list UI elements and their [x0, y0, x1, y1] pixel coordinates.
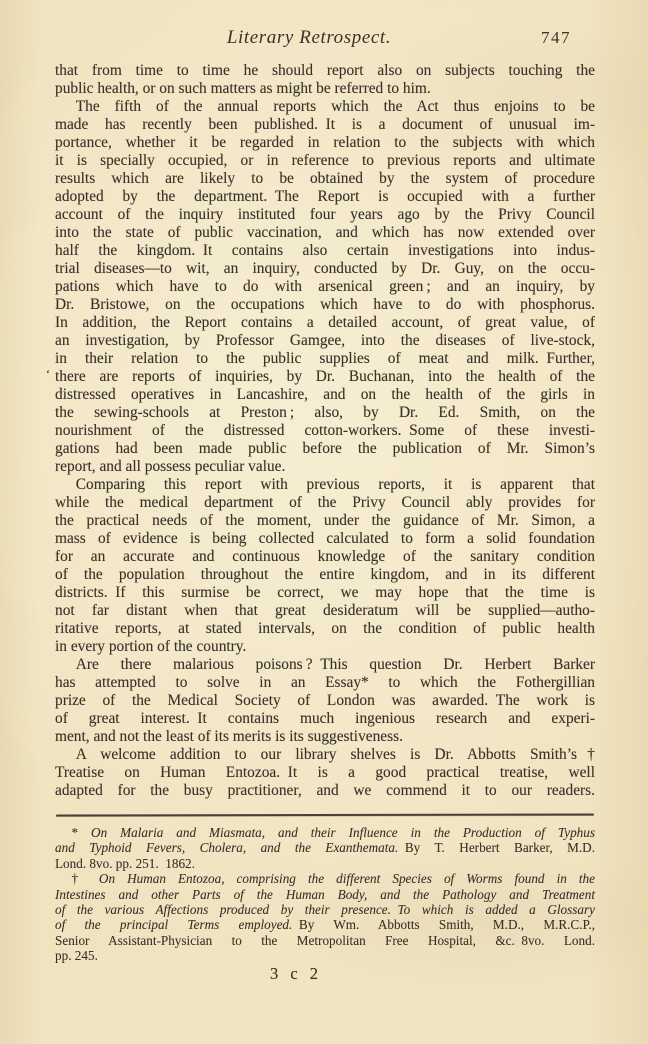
text-line: ‘there are reports of inquiries, by Dr. …: [55, 368, 595, 386]
text-line: has attempted to solve in an Essay* to w…: [55, 674, 595, 692]
text-line: in their relation to the public supplies…: [55, 350, 595, 368]
text-line: for an accurate and continuous knowledge…: [55, 548, 595, 566]
text-line: nourishment of the distressed cotton-wor…: [55, 422, 595, 440]
paragraph: Are there malarious poisons ? This quest…: [55, 656, 595, 746]
text-line: gations had been made public before the …: [55, 440, 595, 458]
text-line: the practical needs of the moment, under…: [55, 512, 595, 530]
footnote-line: pp. 245.: [55, 948, 595, 963]
footnote-line: Senior Assistant-Physician to the Metrop…: [55, 933, 595, 948]
text-line: into the state of public vaccination, an…: [55, 224, 595, 242]
paragraph: The fifth of the annual reports which th…: [55, 98, 595, 476]
paragraph: Comparing this report with previous repo…: [55, 476, 595, 656]
text-line: that from time to time he should report …: [55, 62, 595, 80]
footnote-line: Intestines and other Parts of the Human …: [55, 887, 595, 902]
text-line: not far distant when that great desidera…: [55, 602, 595, 620]
footnote-roman-text: By T. Herbert Barker, M.D.: [398, 840, 595, 855]
text-line: pations which have to do with arsenical …: [55, 278, 595, 296]
footnote-title-text: of the principal Terms employed.: [55, 917, 292, 932]
footnote-line: * On Malaria and Miasmata, and their Inf…: [55, 825, 595, 840]
paragraph: that from time to time he should report …: [55, 62, 595, 98]
footnote-separator-rule: [56, 813, 594, 816]
footnotes: * On Malaria and Miasmata, and their Inf…: [55, 825, 595, 964]
text-line: Dr. Bristowe, on the occupations which h…: [55, 296, 595, 314]
footnote-roman-text: *: [72, 825, 92, 840]
text-line: prize of the Medical Society of London w…: [55, 692, 595, 710]
text-line: adopted by the department. The Report is…: [55, 188, 595, 206]
text-line: it is specially occupied, or in referenc…: [55, 152, 595, 170]
text-line: Comparing this report with previous repo…: [55, 476, 595, 494]
text-line: made has recently been published. It is …: [55, 116, 595, 134]
footnote-roman-text: Lond. 8vo. pp. 251. 1862.: [55, 856, 195, 871]
text-line: ment, and not the least of its merits is…: [55, 728, 595, 746]
page-number: 747: [541, 28, 571, 48]
footnote-title-text: of the various Affections produced by th…: [55, 902, 595, 917]
footnote-roman-text: By Wm. Abbotts Smith, M.D., M.R.C.P.,: [292, 917, 595, 932]
footnote: * On Malaria and Miasmata, and their Inf…: [55, 825, 595, 871]
text-line: of great interest. It contains much inge…: [55, 710, 595, 728]
text-line: public health, or on such matters as mig…: [55, 80, 595, 98]
text-line: ritative reports, at stated intervals, o…: [55, 620, 595, 638]
footnote-title-text: Intestines and other Parts of the Human …: [55, 887, 595, 902]
text-line: mass of evidence is being collected calc…: [55, 530, 595, 548]
footnote-title-text: On Malaria and Miasmata, and their Influ…: [91, 825, 595, 840]
text-line: In addition, the Report contains a detai…: [55, 314, 595, 332]
text-line: account of the inquiry instituted four y…: [55, 206, 595, 224]
running-head: Literary Retrospect. 747: [55, 27, 595, 53]
footnote-roman-text: †: [72, 871, 99, 886]
text-line: while the medical department of the Priv…: [55, 494, 595, 512]
text-line: report, and all possess peculiar value.: [55, 458, 595, 476]
margin-ink-mark: ‘: [46, 365, 50, 383]
text-line: in every portion of the country.: [55, 638, 595, 656]
text-line: portance, whether it be regarded in rela…: [55, 134, 595, 152]
text-line: A welcome addition to our library shelve…: [55, 746, 595, 764]
footnote-line: of the various Affections produced by th…: [55, 902, 595, 917]
paragraph: A welcome addition to our library shelve…: [55, 746, 595, 800]
text-line: the sewing-schools at Preston ; also, by…: [55, 404, 595, 422]
text-line: adapted for the busy practitioner, and w…: [55, 782, 595, 800]
footnote-line: and Typhoid Fevers, Cholera, and the Exa…: [55, 840, 595, 855]
footnote: † On Human Entozoa, comprising the diffe…: [55, 871, 595, 963]
footnote-roman-text: Senior Assistant-Physician to the Metrop…: [55, 933, 595, 948]
footnote-title-text: On Human Entozoa, comprising the differe…: [99, 871, 595, 886]
text-line: districts. If this surmise be correct, w…: [55, 584, 595, 602]
running-head-title: Literary Retrospect.: [227, 27, 391, 49]
text-line: half the kingdom. It contains also certa…: [55, 242, 595, 260]
footnote-line: Lond. 8vo. pp. 251. 1862.: [55, 856, 595, 871]
text-line: of the population throughout the entire …: [55, 566, 595, 584]
text-line: Treatise on Human Entozoa. It is a good …: [55, 764, 595, 782]
footnote-line: † On Human Entozoa, comprising the diffe…: [55, 871, 595, 886]
book-page: Literary Retrospect. 747 that from time …: [0, 0, 648, 1044]
printer-signature: 3 c 2: [0, 964, 620, 984]
text-line: The fifth of the annual reports which th…: [55, 98, 595, 116]
footnote-roman-text: pp. 245.: [55, 948, 98, 963]
text-line: distressed operatives in Lancashire, and…: [55, 386, 595, 404]
text-line: Are there malarious poisons ? This quest…: [55, 656, 595, 674]
text-line: trial diseases—to wit, an inquiry, condu…: [55, 260, 595, 278]
footnote-title-text: and Typhoid Fevers, Cholera, and the Exa…: [55, 840, 398, 855]
text-line: results which are likely to be obtained …: [55, 170, 595, 188]
body-text: that from time to time he should report …: [55, 62, 595, 800]
text-line: an investigation, by Professor Gamgee, i…: [55, 332, 595, 350]
footnote-line: of the principal Terms employed. By Wm. …: [55, 917, 595, 932]
